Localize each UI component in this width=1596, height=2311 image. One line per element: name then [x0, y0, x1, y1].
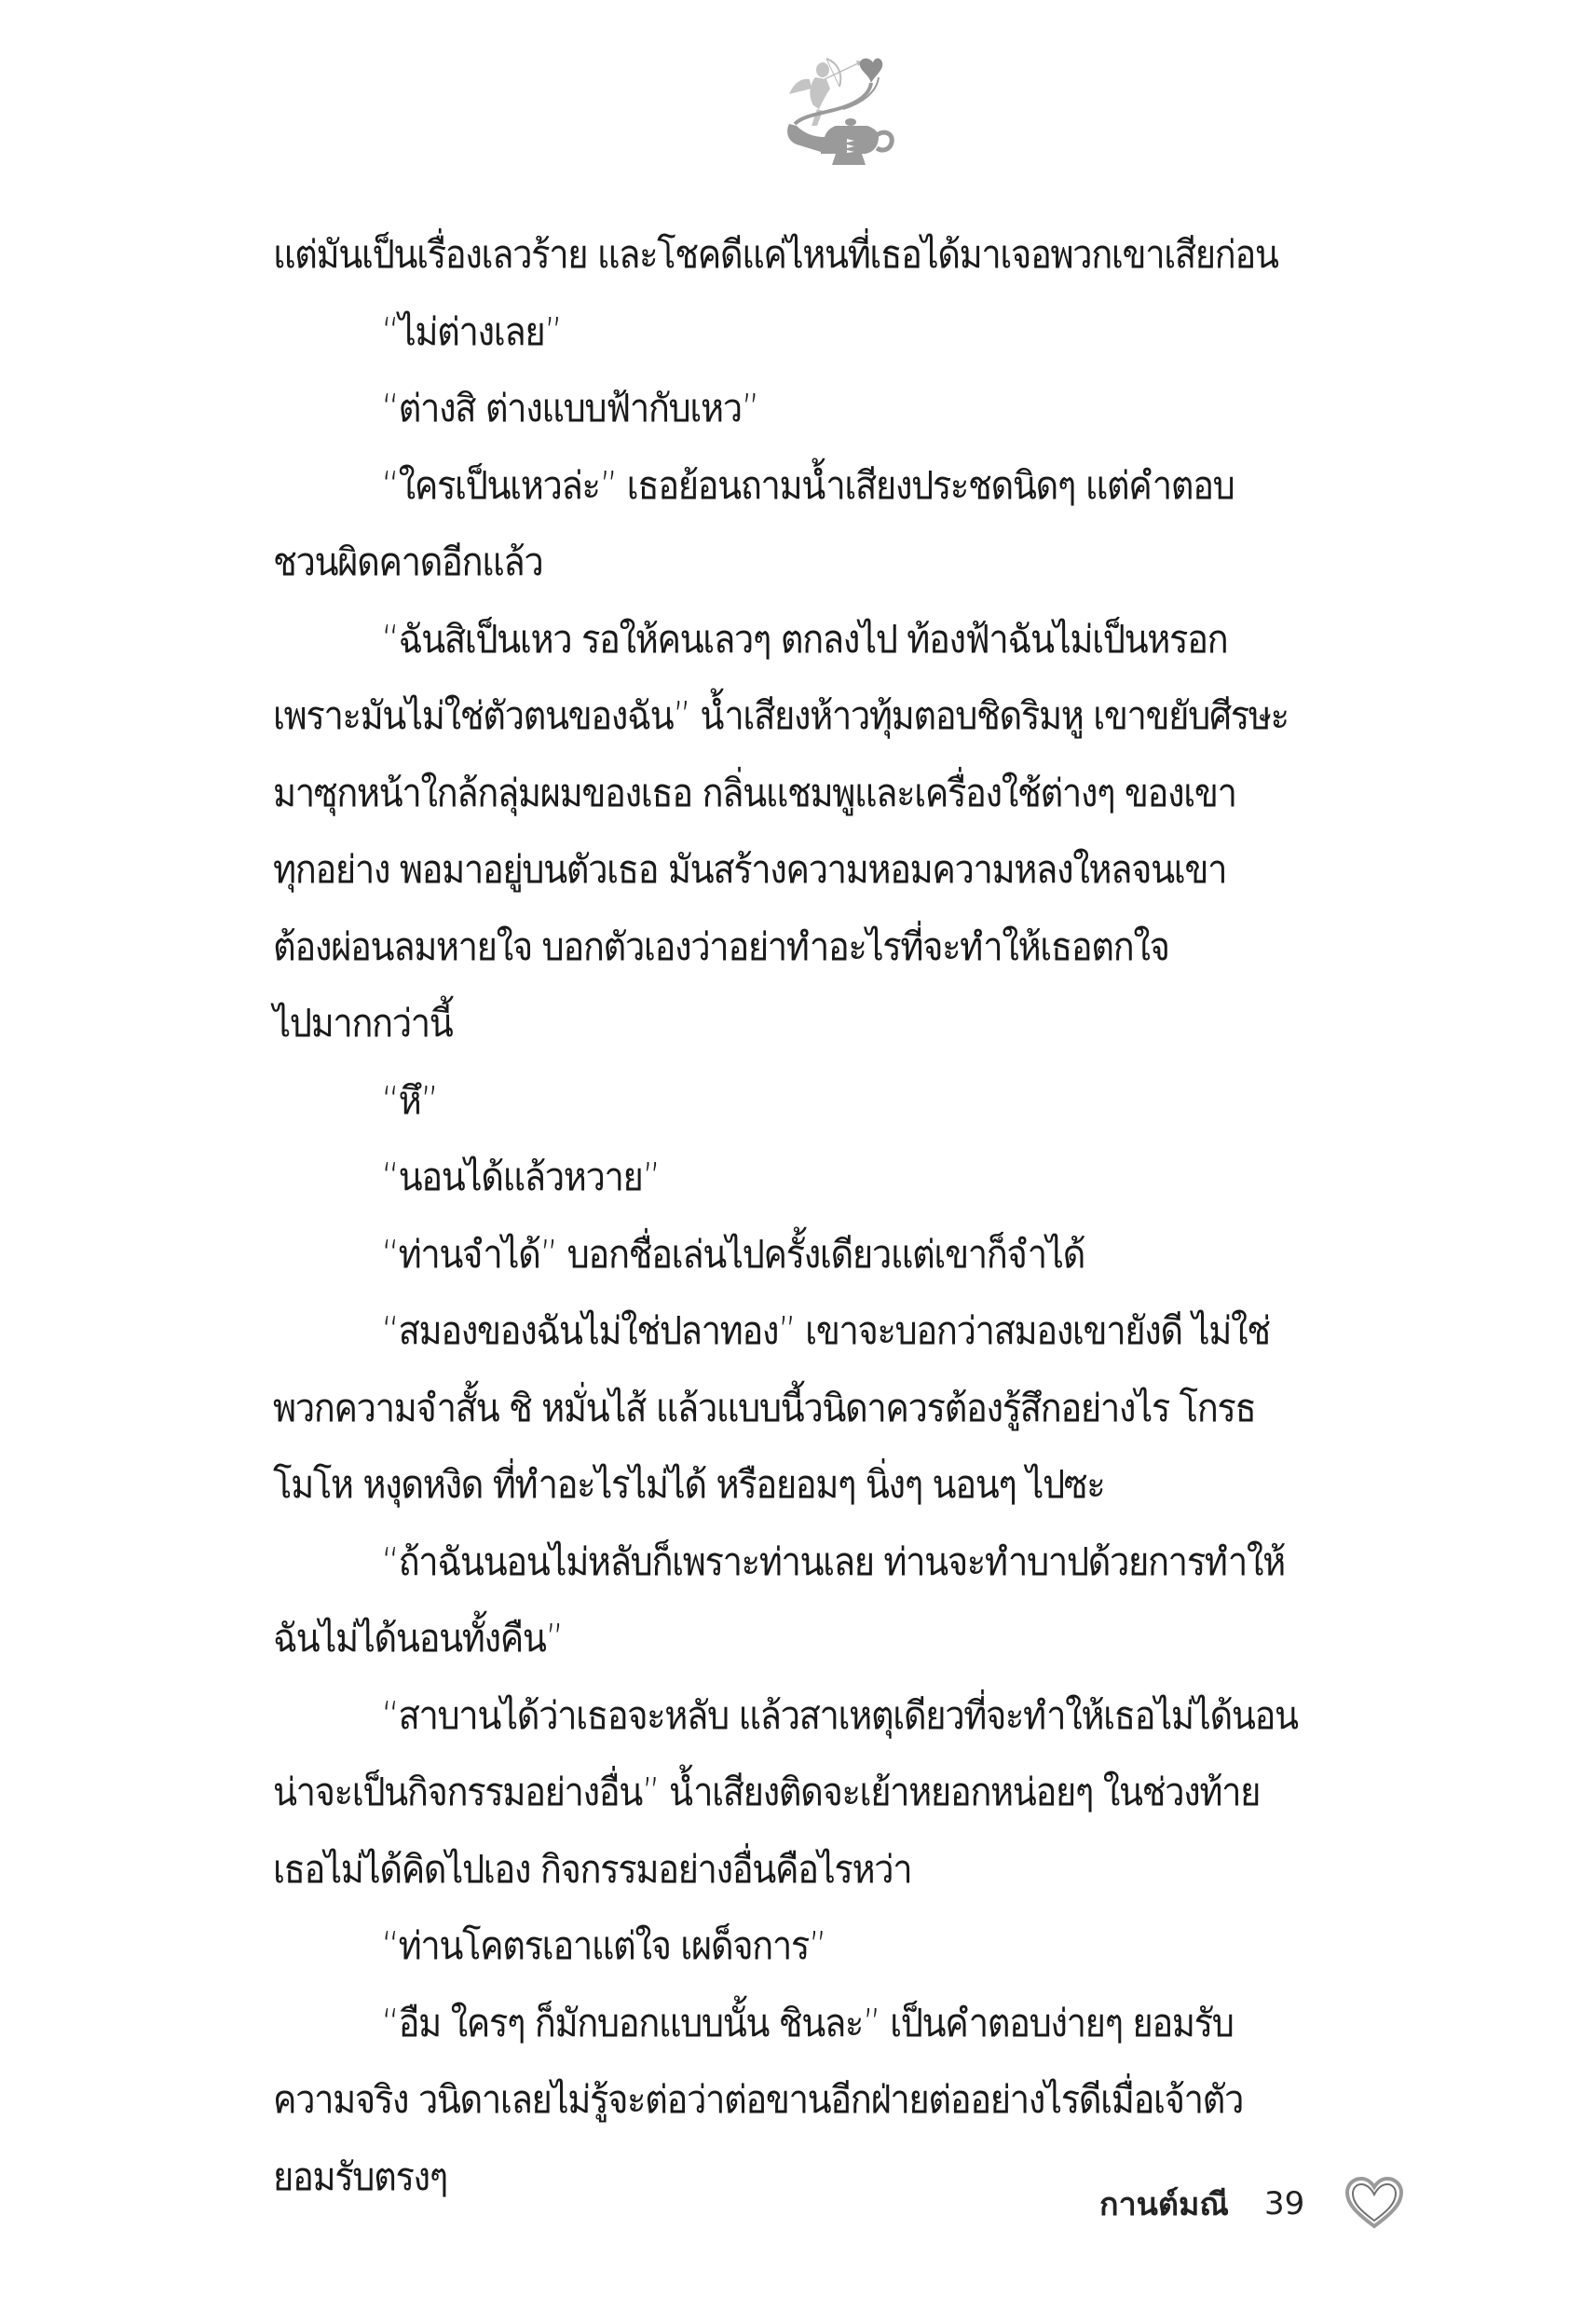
text-line: โมโห หงุดหงิด ที่ทำอะไรไม่ได้ หรือยอมๆ น… [273, 1446, 1330, 1524]
paragraph: “นอนได้แล้วหวาย” [273, 1139, 1330, 1216]
text-line: เพราะมันไม่ใช่ตัวตนของฉัน” น้ำเสียงห้าวท… [273, 677, 1330, 755]
text-line: พวกความจำสั้น ชิ หมั่นไส้ แล้วแบบนี้วนิด… [273, 1370, 1330, 1447]
text-line: “นอนได้แล้วหวาย” [273, 1139, 1330, 1216]
text-line: “สมองของฉันไม่ใช่ปลาทอง” เขาจะบอกว่าสมอง… [273, 1292, 1330, 1370]
text-line: เธอไม่ได้คิดไปเอง กิจกรรมอย่างอื่นคือไรห… [273, 1831, 1330, 1908]
paragraph: “สาบานได้ว่าเธอจะหลับ แล้วสาเหตุเดียวที่… [273, 1677, 1330, 1908]
text-line: “ไม่ต่างเลย” [273, 294, 1330, 371]
text-line: “ต่างสิ ต่างแบบฟ้ากับเหว” [273, 370, 1330, 447]
text-line: ต้องผ่อนลมหายใจ บอกตัวเองว่าอย่าทำอะไรที… [273, 909, 1330, 986]
genie-lamp-ornament-icon [769, 51, 899, 172]
text-line: “หึ” [273, 1062, 1330, 1140]
book-title: กานต์มณี [1099, 2179, 1229, 2229]
story-body: แต่มันเป็นเรื่องเลวร้าย และโชคดีแค่ไหนที… [273, 216, 1330, 2215]
text-line: ความจริง วนิดาเลยไม่รู้จะต่อว่าต่อขานอีก… [273, 2061, 1330, 2139]
text-line: “ใครเป็นเหวล่ะ” เธอย้อนถามน้ำเสียงประชดน… [273, 447, 1330, 525]
text-line: มาซุกหน้าใกล้กลุ่มผมของเธอ กลิ่นแชมพูและ… [273, 755, 1330, 832]
text-line: “ท่านโคตรเอาแต่ใจ เผด็จการ” [273, 1908, 1330, 1985]
paragraph: แต่มันเป็นเรื่องเลวร้าย และโชคดีแค่ไหนที… [273, 216, 1330, 294]
page-footer: กานต์มณี 39 [1099, 2176, 1405, 2232]
text-line: “ฉันสิเป็นเหว รอให้คนเลวๆ ตกลงไป ท้องฟ้า… [273, 601, 1330, 678]
paragraph: “หึ” [273, 1062, 1330, 1140]
text-line: “ถ้าฉันนอนไม่หลับก็เพราะท่านเลย ท่านจะทำ… [273, 1524, 1330, 1601]
paragraph: “สมองของฉันไม่ใช่ปลาทอง” เขาจะบอกว่าสมอง… [273, 1292, 1330, 1524]
text-line: ฉันไม่ได้นอนทั้งคืน” [273, 1600, 1330, 1677]
page-number: 39 [1264, 2185, 1304, 2222]
text-line: ทุกอย่าง พอมาอยู่บนตัวเธอ มันสร้างความหอ… [273, 831, 1330, 909]
paragraph: “ใครเป็นเหวล่ะ” เธอย้อนถามน้ำเสียงประชดน… [273, 447, 1330, 601]
heart-outline-icon [1344, 2176, 1405, 2232]
paragraph: “ท่านจำได้” บอกชื่อเล่นไปครั้งเดียวแต่เข… [273, 1216, 1330, 1293]
paragraph: “ต่างสิ ต่างแบบฟ้ากับเหว” [273, 370, 1330, 447]
paragraph: “ฉันสิเป็นเหว รอให้คนเลวๆ ตกลงไป ท้องฟ้า… [273, 601, 1330, 1062]
text-line: “สาบานได้ว่าเธอจะหลับ แล้วสาเหตุเดียวที่… [273, 1677, 1330, 1755]
paragraph: “ไม่ต่างเลย” [273, 294, 1330, 371]
text-line: “ท่านจำได้” บอกชื่อเล่นไปครั้งเดียวแต่เข… [273, 1216, 1330, 1293]
paragraph: “ท่านโคตรเอาแต่ใจ เผด็จการ” [273, 1908, 1330, 1985]
text-line: ไปมากกว่านี้ [273, 985, 1330, 1062]
text-line: ชวนผิดคาดอีกแล้ว [273, 524, 1330, 601]
text-line: น่าจะเป็นกิจกรรมอย่างอื่น” น้ำเสียงติดจะ… [273, 1754, 1330, 1831]
paragraph: “ถ้าฉันนอนไม่หลับก็เพราะท่านเลย ท่านจะทำ… [273, 1524, 1330, 1677]
text-line: “อืม ใครๆ ก็มักบอกแบบนั้น ชินละ” เป็นคำต… [273, 1985, 1330, 2062]
text-line: แต่มันเป็นเรื่องเลวร้าย และโชคดีแค่ไหนที… [273, 216, 1330, 294]
